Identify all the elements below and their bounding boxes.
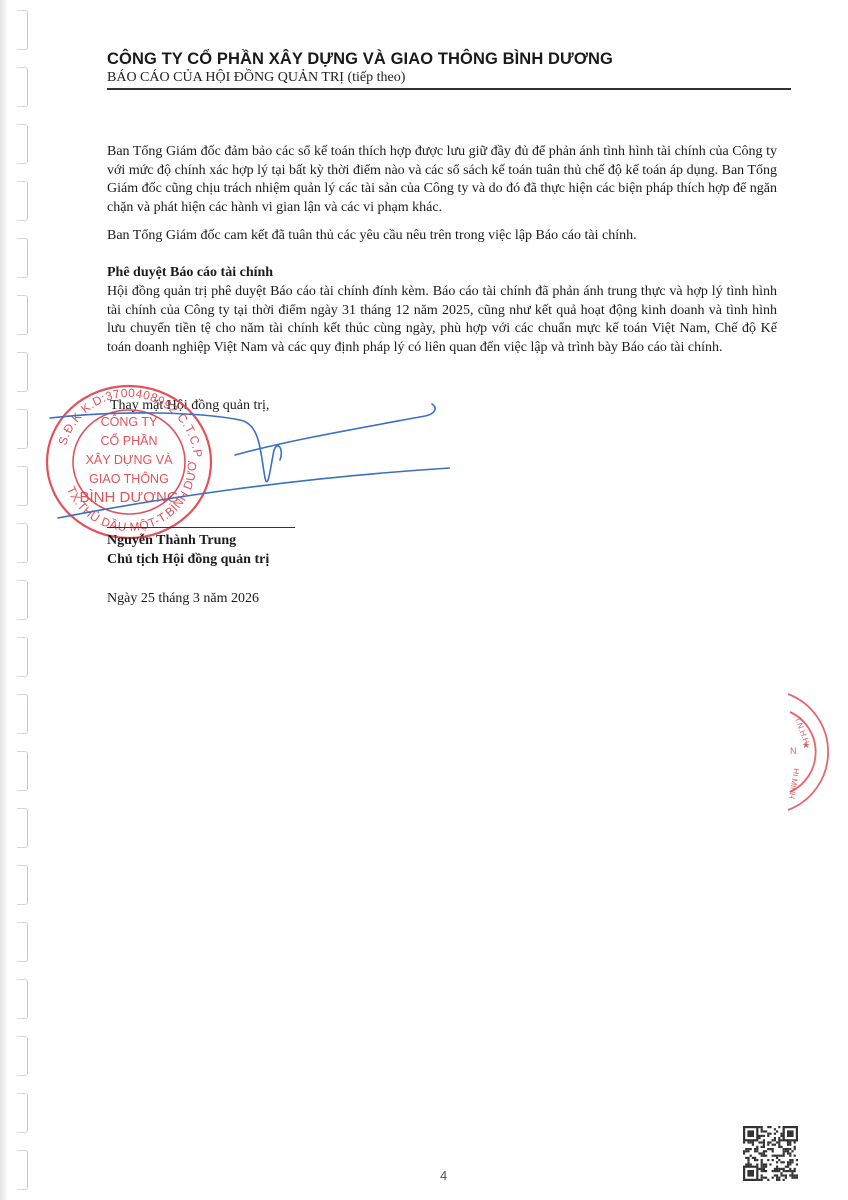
qr-code-icon xyxy=(743,1126,798,1181)
punch-hole xyxy=(17,1093,28,1133)
punch-hole xyxy=(17,751,28,791)
signatory-name: Nguyễn Thành Trung xyxy=(107,531,269,550)
punch-hole xyxy=(17,523,28,563)
signature-date: Ngày 25 tháng 3 năm 2026 xyxy=(107,591,259,607)
binding-edge xyxy=(0,0,8,1200)
section-heading-approval: Phê duyệt Báo cáo tài chính xyxy=(107,264,777,283)
punch-hole xyxy=(17,181,28,221)
page-number: 4 xyxy=(440,1168,447,1183)
svg-text:N: N xyxy=(790,746,797,756)
punch-hole xyxy=(17,1036,28,1076)
punch-hole xyxy=(17,694,28,734)
paragraph-compliance: Ban Tổng Giám đốc cam kết đã tuân thủ cá… xyxy=(107,227,777,246)
signatory-title: Chủ tịch Hội đồng quản trị xyxy=(107,550,269,569)
punch-hole xyxy=(17,580,28,620)
paragraph-accounting-records: Ban Tổng Giám đốc đảm bảo các sổ kế toán… xyxy=(107,143,777,217)
punch-hole xyxy=(17,637,28,677)
company-name: CÔNG TY CỔ PHẦN XÂY DỰNG VÀ GIAO THÔNG B… xyxy=(107,50,791,69)
punch-hole xyxy=(17,238,28,278)
svg-text:★: ★ xyxy=(802,740,810,750)
punch-hole xyxy=(17,124,28,164)
signature-line xyxy=(107,527,295,528)
punch-hole xyxy=(17,409,28,449)
punch-hole xyxy=(17,922,28,962)
svg-text:HI MINH: HI MINH xyxy=(787,768,801,800)
handwritten-signature xyxy=(30,380,450,530)
punch-hole xyxy=(17,865,28,905)
punch-hole xyxy=(17,67,28,107)
punch-hole xyxy=(17,466,28,506)
document-header: CÔNG TY CỔ PHẦN XÂY DỰNG VÀ GIAO THÔNG B… xyxy=(107,50,791,86)
partial-seal-icon: .T.N.H.H ★ HI MINH N xyxy=(760,686,848,816)
punch-hole xyxy=(17,1150,28,1190)
punch-hole xyxy=(17,295,28,335)
report-subtitle: BÁO CÁO CỦA HỘI ĐỒNG QUẢN TRỊ (tiếp theo… xyxy=(107,70,791,86)
paragraph-approval: Hội đồng quản trị phê duyệt Báo cáo tài … xyxy=(107,283,777,357)
signatory-block: Nguyễn Thành Trung Chủ tịch Hội đồng quả… xyxy=(107,531,269,569)
header-divider xyxy=(107,88,791,90)
punch-hole xyxy=(17,10,28,50)
punch-hole xyxy=(17,352,28,392)
punch-hole xyxy=(17,808,28,848)
punch-hole xyxy=(17,979,28,1019)
